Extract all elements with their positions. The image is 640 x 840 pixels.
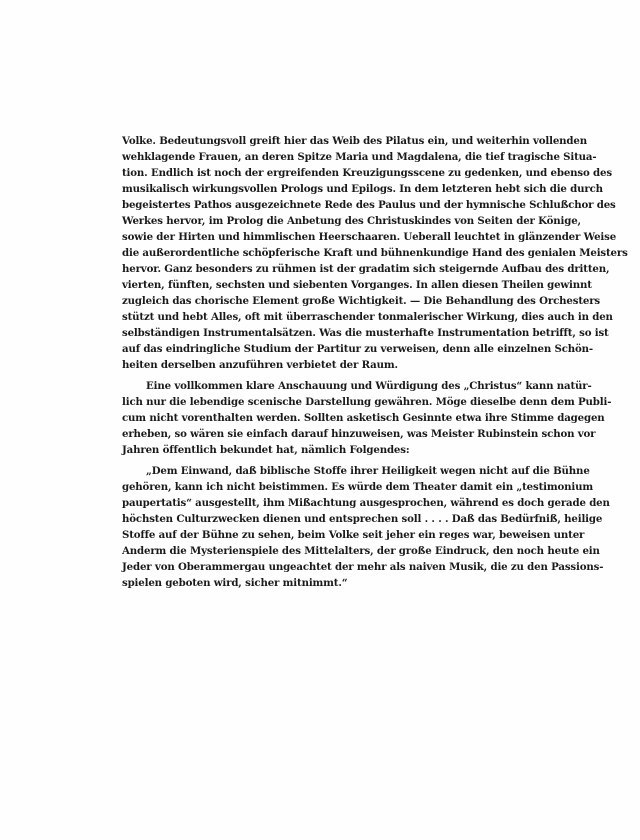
text-line: stützt und hebt Alles, oft mit überrasch… [122, 309, 478, 325]
text-line: zugleich das chorische Element große Wic… [122, 293, 478, 309]
text-line: spielen geboten wird, sicher mitnimmt.“ [122, 575, 478, 591]
scanned-page: Volke. Bedeutungsvoll greift hier das We… [0, 0, 640, 840]
text-line: gehören, kann ich nicht beistimmen. Es w… [122, 479, 478, 495]
text-line: erheben, so wären sie einfach darauf hin… [122, 426, 478, 442]
text-line: musikalisch wirkungsvollen Prologs und E… [122, 181, 478, 197]
text-line: paupertatis“ ausgestellt, ihm Mißachtung… [122, 495, 478, 511]
text-line: heiten derselben anzuführen verbietet de… [122, 357, 478, 373]
paragraph-start-line: Eine vollkommen klare Anschauung und Wür… [146, 378, 478, 394]
text-line: Jahren öffentlich bekundet hat, nämlich … [122, 442, 478, 458]
text-line: wehklagende Frauen, an deren Spitze Mari… [122, 149, 478, 165]
quote-start-line: „Dem Einwand, daß biblische Stoffe ihrer… [146, 463, 478, 479]
text-line: tion. Endlich ist noch der ergreifenden … [122, 165, 478, 181]
text-line: Jeder von Oberammergau ungeachtet der me… [122, 559, 478, 575]
text-line: höchsten Culturzwecken dienen und entspr… [122, 511, 478, 527]
text-line: hervor. Ganz besonders zu rühmen ist der… [122, 261, 478, 277]
text-line: die außerordentliche schöpferische Kraft… [122, 245, 478, 261]
paragraph-start-line [146, 529, 478, 545]
text-line: sowie der Hirten und himmlischen Heersch… [122, 229, 478, 245]
text-line: selbständigen Instrumentalsätzen. Was di… [122, 325, 478, 341]
text-line: begeistertes Pathos ausgezeichnete Rede … [122, 197, 478, 213]
text-line: vierten, fünften, sechsten und siebenten… [122, 277, 478, 293]
text-line: Volke. Bedeutungsvoll greift hier das We… [122, 133, 478, 149]
text-line: cum nicht vorenthalten werden. Sollten a… [122, 410, 478, 426]
text-line: Anderm die Mysterienspiele des Mittelalt… [122, 543, 478, 559]
text-line: lich nur die lebendige scenische Darstel… [122, 394, 478, 410]
text-line: Werkes hervor, im Prolog die Anbetung de… [122, 213, 478, 229]
text-line: auf das eindringliche Studium der Partit… [122, 341, 478, 357]
